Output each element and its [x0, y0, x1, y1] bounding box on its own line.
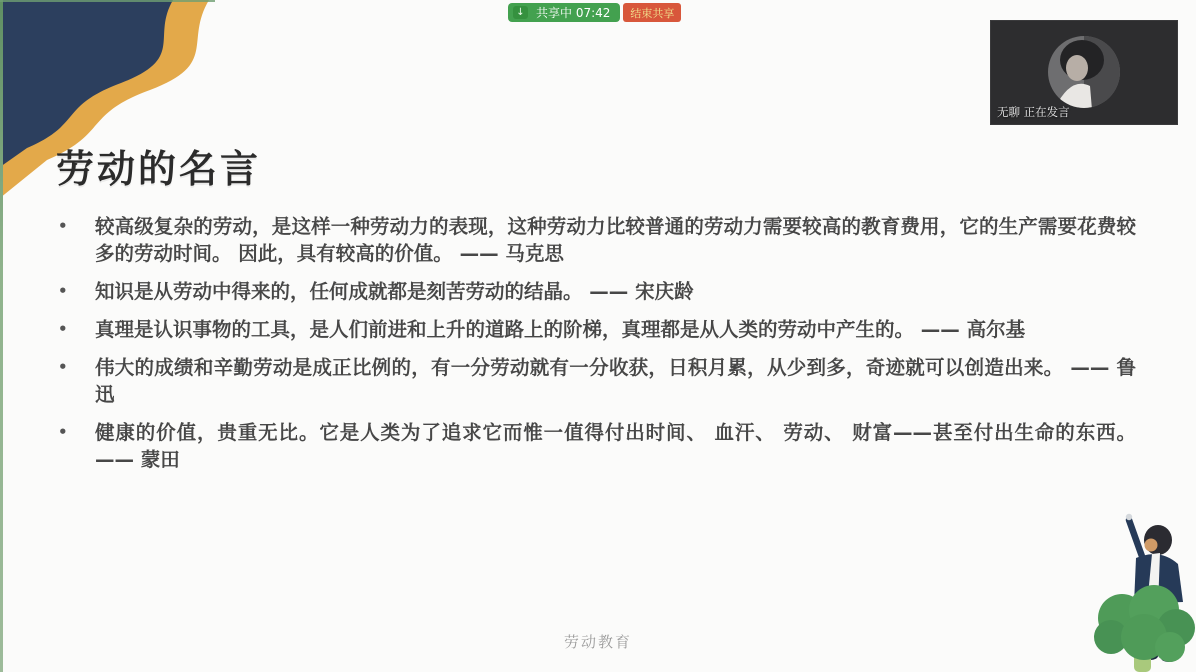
download-arrow-icon[interactable]: ↓: [513, 6, 528, 19]
bullet-icon: [58, 354, 95, 408]
list-item: 伟大的成绩和辛勤劳动是成正比例的，有一分劳动就有一分收获，日积月累，从少到多，奇…: [58, 354, 1136, 408]
quote-text: 知识是从劳动中得来的，任何成就都是刻苦劳动的结晶。 —— 宋庆龄: [95, 278, 1136, 305]
left-edge-stripe: [0, 0, 3, 672]
slide-footer-label: 劳动教育: [0, 631, 1196, 652]
list-item: 健康的价值，贵重无比。它是人类为了追求它而惟一值得付出时间、 血汗、 劳动、 财…: [58, 419, 1136, 473]
sharing-status-label: 共享中 07:42: [536, 4, 610, 21]
speaker-avatar: [1046, 34, 1122, 110]
bullet-icon: [58, 419, 95, 473]
end-share-button[interactable]: 结束共享: [623, 3, 681, 22]
share-status-pill: ↓ 共享中 07:42: [508, 3, 620, 22]
list-item: 真理是认识事物的工具，是人们前进和上升的道路上的阶梯，真理都是从人类的劳动中产生…: [58, 316, 1136, 343]
quote-text: 真理是认识事物的工具，是人们前进和上升的道路上的阶梯，真理都是从人类的劳动中产生…: [95, 316, 1136, 343]
quote-text: 伟大的成绩和辛勤劳动是成正比例的，有一分劳动就有一分收获，日积月累，从少到多，奇…: [95, 354, 1136, 408]
bullet-icon: [58, 316, 95, 343]
quote-list: 较高级复杂的劳动，是这样一种劳动力的表现，这种劳动力比较普通的劳动力需要较高的教…: [58, 213, 1136, 484]
quote-text: 健康的价值，贵重无比。它是人类为了追求它而惟一值得付出时间、 血汗、 劳动、 财…: [95, 419, 1136, 473]
speaker-name-label: 无聊 正在发言: [997, 104, 1070, 120]
slide-title: 劳动的名言: [56, 138, 261, 193]
list-item: 知识是从劳动中得来的，任何成就都是刻苦劳动的结晶。 —— 宋庆龄: [58, 278, 1136, 305]
quote-text: 较高级复杂的劳动，是这样一种劳动力的表现，这种劳动力比较普通的劳动力需要较高的教…: [95, 213, 1136, 267]
list-item: 较高级复杂的劳动，是这样一种劳动力的表现，这种劳动力比较普通的劳动力需要较高的教…: [58, 213, 1136, 267]
bullet-icon: [58, 213, 95, 267]
bullet-icon: [58, 278, 95, 305]
top-edge-stripe: [0, 0, 215, 2]
participant-video-thumbnail[interactable]: 无聊 正在发言: [990, 20, 1178, 125]
meeting-share-bar: ↓ 共享中 07:42 结束共享: [508, 3, 681, 22]
